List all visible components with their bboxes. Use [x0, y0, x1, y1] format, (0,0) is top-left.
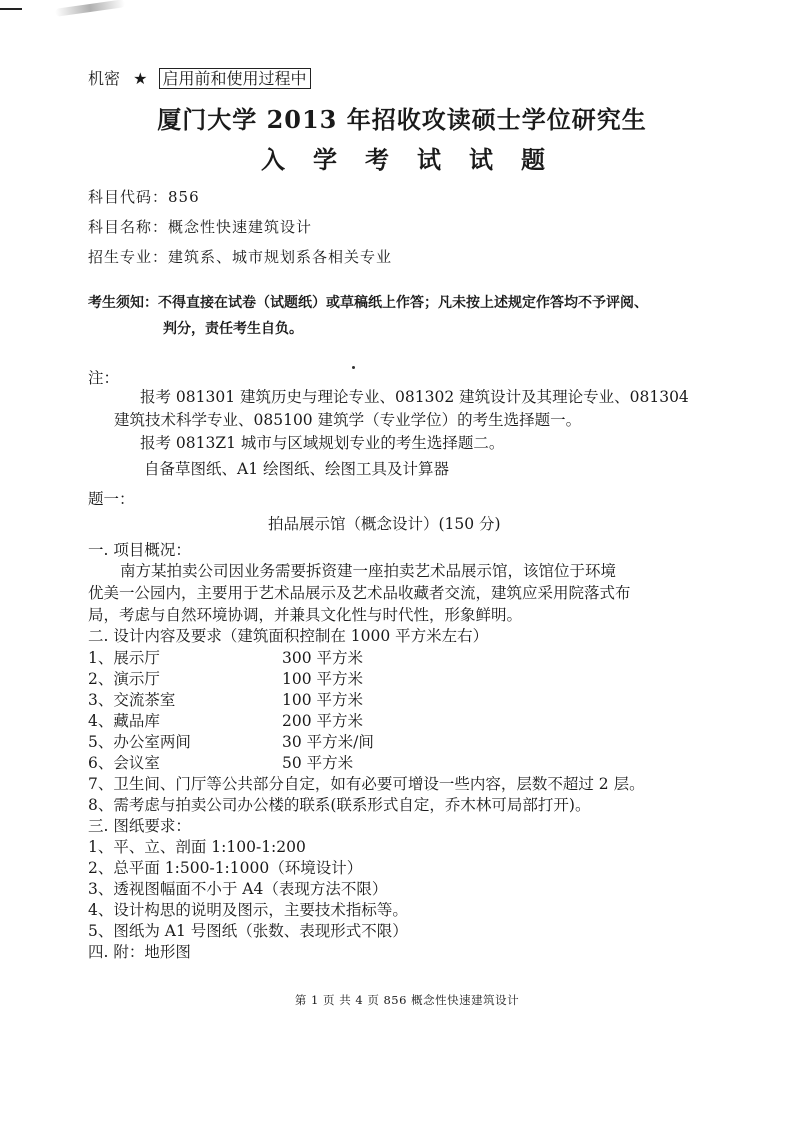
room-name: 2、演示厅: [88, 667, 282, 689]
room-name: 5、办公室两间: [88, 730, 282, 752]
room-row: 1、展示厅300 平方米: [88, 646, 363, 668]
requirement-item-8: 8、需考虑与拍卖公司办公楼的联系(联系形式自定，乔木林可局部打开)。: [88, 793, 590, 815]
notice-line-1: 不得直接在试卷（试题纸）或草稿纸上作答；凡未按上述规定作答均不予评阅、: [158, 295, 648, 311]
note-line-3: 报考 0813Z1 城市与区域规划专业的考生选择题二。: [140, 431, 504, 453]
drawing-requirement: 2、总平面 1:500-1:1000（环境设计）: [88, 856, 362, 878]
question-title: 拍品展示馆（概念设计）(150 分): [268, 512, 501, 534]
enrollment-major: 招生专业：建筑系、城市规划系各相关专业: [88, 246, 392, 267]
section-1-line-1: 南方某拍卖公司因业务需要拆资建一座拍卖艺术品展示馆，该馆位于环境: [120, 559, 616, 581]
enrollment-major-value: 建筑系、城市规划系各相关专业: [168, 248, 392, 266]
candidate-notice: 考生须知：不得直接在试卷（试题纸）或草稿纸上作答；凡未按上述规定作答均不予评阅、: [88, 292, 648, 312]
enrollment-major-label: 招生专业：: [88, 248, 168, 266]
room-row: 5、办公室两间30 平方米/间: [88, 730, 374, 752]
room-name: 6、会议室: [88, 751, 282, 773]
section-4-heading: 四. 附：地形图: [88, 940, 191, 962]
drawing-requirement: 3、透视图幅面不小于 A4（表现方法不限）: [88, 877, 387, 899]
exam-subtitle: 入学考试试题: [0, 140, 794, 175]
subject-code: 科目代码：856: [88, 186, 200, 207]
note-line-4: 自备草图纸、A1 绘图纸、绘图工具及计算器: [144, 457, 449, 479]
subject-code-value: 856: [168, 188, 200, 206]
room-area: 200 平方米: [282, 712, 363, 730]
subject-name-label: 科目名称：: [88, 218, 168, 236]
section-2-heading: 二. 设计内容及要求（建筑面积控制在 1000 平方米左右）: [88, 624, 488, 646]
section-1-line-3: 局，考虑与自然环境协调，并兼具文化性与时代性，形象鲜明。: [88, 603, 522, 625]
room-name: 3、交流茶室: [88, 688, 282, 710]
drawing-requirement: 4、设计构思的说明及图示，主要技术指标等。: [88, 898, 408, 920]
room-area: 100 平方米: [282, 670, 363, 688]
note-line-1: 报考 081301 建筑历史与理论专业、081302 建筑设计及其理论专业、08…: [140, 385, 689, 407]
subject-name-value: 概念性快速建筑设计: [168, 218, 312, 236]
drawing-requirement: 1、平、立、剖面 1:100-1:200: [88, 835, 306, 857]
room-name: 1、展示厅: [88, 646, 282, 668]
room-area: 300 平方米: [282, 649, 363, 667]
room-row: 2、演示厅100 平方米: [88, 667, 363, 689]
section-1-heading: 一. 项目概况：: [88, 538, 191, 560]
confidentiality-box: 启用前和使用过程中: [159, 68, 311, 89]
section-1-line-2: 优美一公园内，主要用于艺术品展示及艺术品收藏者交流，建筑应采用院落式布: [88, 581, 631, 603]
drawing-requirement: 5、图纸为 A1 号图纸（张数、表现形式不限）: [88, 919, 408, 941]
room-area: 100 平方米: [282, 691, 363, 709]
room-area: 30 平方米/间: [282, 733, 374, 751]
notice-label: 考生须知：: [88, 295, 158, 311]
exam-title: 厦门大学 2013 年招收攻读硕士学位研究生: [0, 100, 794, 135]
star-icon: ★: [133, 69, 147, 88]
room-row: 4、藏品库200 平方米: [88, 709, 363, 731]
subject-code-label: 科目代码：: [88, 188, 168, 206]
scan-artifact-smudge: [55, 0, 125, 17]
note-label: 注：: [88, 366, 119, 388]
room-name: 4、藏品库: [88, 709, 282, 731]
subject-name: 科目名称：概念性快速建筑设计: [88, 216, 312, 237]
section-3-heading: 三. 图纸要求：: [88, 814, 191, 836]
requirement-item-7: 7、卫生间、门厅等公共部分自定，如有必要可增设一些内容，层数不超过 2 层。: [88, 772, 645, 794]
confidentiality-marker: 机密 ★ 启用前和使用过程中: [88, 66, 311, 89]
question-label: 题一：: [88, 487, 135, 509]
note-line-2: 建筑技术科学专业、085100 建筑学（专业学位）的考生选择题一。: [114, 408, 581, 430]
page-footer: 第 1 页 共 4 页 856 概念性快速建筑设计: [0, 992, 794, 1008]
scan-dot: [352, 366, 355, 369]
confidential-label: 机密: [88, 69, 120, 88]
room-row: 3、交流茶室100 平方米: [88, 688, 363, 710]
room-area: 50 平方米: [282, 754, 353, 772]
notice-line-2: 判分，责任考生自负。: [163, 318, 303, 338]
scan-artifact-line: [0, 8, 22, 10]
room-row: 6、会议室50 平方米: [88, 751, 353, 773]
